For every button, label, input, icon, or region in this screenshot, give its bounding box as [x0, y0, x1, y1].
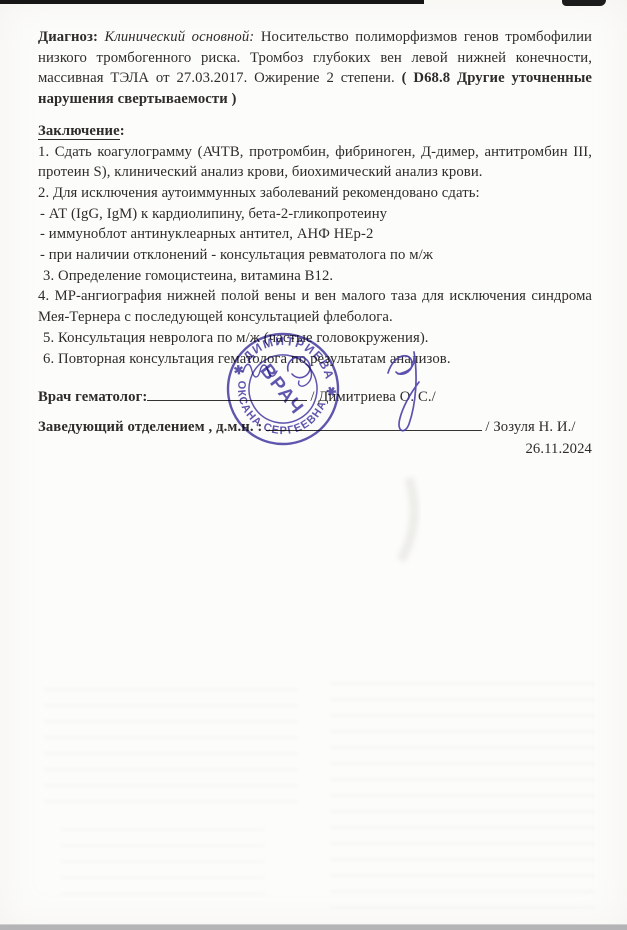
scan-smudge [401, 478, 414, 560]
conclusion-item-2b: - иммуноблот антинуклеарных антител, АНФ… [38, 224, 592, 245]
document-page: Диагноз: Клинический основной: Носительс… [0, 0, 627, 930]
conclusion-heading-colon: : [120, 123, 125, 139]
conclusion-item-5: 5. Консультация невролога по м/ж (частые… [38, 328, 592, 349]
scan-edge-artifact-corner [562, 0, 606, 6]
document-date: 26.11.2024 [525, 441, 592, 457]
conclusion-item-3: 3. Определение гомоцистеина, витамина В1… [38, 266, 592, 287]
bleed-through-texture [330, 682, 595, 917]
conclusion-item-6: 6. Повторная консультация гематолога по … [38, 349, 592, 370]
scan-edge-artifact-top [0, 0, 424, 4]
signature-row-department-head: Заведующий отделением , д.м.н. :/ Зозуля… [38, 417, 592, 438]
conclusion-item-2c: - при наличии отклонений - консультация … [38, 245, 592, 266]
hematologist-name: / Димитриева О. С./ [307, 389, 435, 405]
department-head-label: Заведующий отделением , д.м.н. : [38, 419, 262, 435]
department-head-name: / Зозуля Н. И./ [482, 419, 575, 435]
conclusion-item-2a: - АТ (IgG, IgM) к кардиолипину, бета-2-г… [38, 204, 592, 225]
diagnosis-label: Диагноз: [38, 29, 98, 45]
hematologist-label: Врач гематолог: [38, 389, 147, 405]
bleed-through-texture [44, 688, 299, 806]
conclusion-item-1: 1. Сдать коагулограмму (АЧТВ, протромбин… [38, 142, 592, 183]
signature-row-hematologist: Врач гематолог:/ Димитриева О. С./ [38, 387, 592, 408]
conclusion-item-2: 2. Для исключения аутоиммунных заболеван… [38, 183, 592, 204]
hematologist-signature-line [147, 388, 307, 401]
department-head-signature-line [266, 418, 482, 431]
diagnosis-paragraph: Диагноз: Клинический основной: Носительс… [38, 27, 592, 110]
bleed-through-texture [60, 828, 265, 898]
conclusion-heading: Заключение: [38, 121, 592, 142]
date-row: 26.11.2024 [38, 439, 592, 460]
scan-edge-artifact-bottom [0, 924, 627, 930]
conclusion-heading-text: Заключение [38, 123, 120, 140]
diagnosis-clinical-label: Клинический основной: [105, 29, 255, 45]
document-content: Диагноз: Клинический основной: Носительс… [38, 27, 592, 459]
conclusion-item-4: 4. МР-ангиография нижней полой вены и ве… [38, 286, 592, 327]
